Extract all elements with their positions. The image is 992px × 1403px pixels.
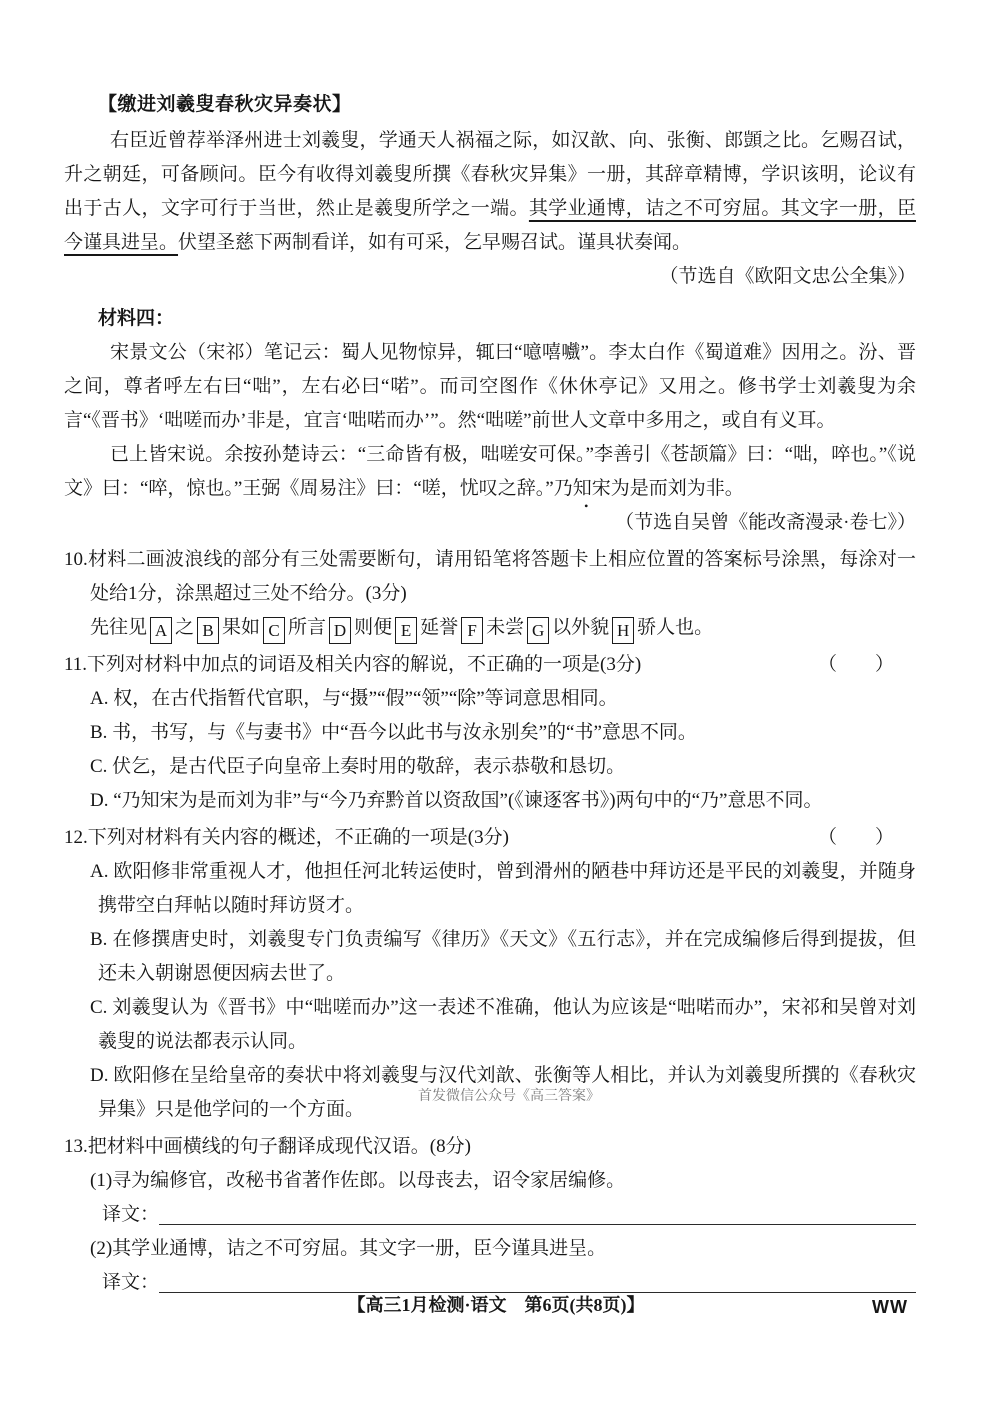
sentence-segment: 以外貌 xyxy=(552,617,609,638)
question-11-option-c: C. 伏乞，是古代臣子向皇帝上奏时用的敬辞，表示恭敬和恳切。 xyxy=(90,750,916,784)
question-11-stem: 下列对材料中加点的词语及相关内容的解说，不正确的一项是(3分) xyxy=(87,654,641,675)
question-12-number: 12. xyxy=(64,827,88,848)
sentence-segment: 延誉 xyxy=(420,617,458,638)
material4-attribution: （节选自吴曾《能改斋漫录·卷七》） xyxy=(64,506,916,540)
memorial-body-post: 伏望圣慈下两制看详，如有可采，乞早赐召试。谨具状奏闻。 xyxy=(178,232,691,253)
question-10-sentence: 先往见A之B果如C所言D则便E延誉F未尝G以外貌H骄人也。 xyxy=(90,611,916,645)
sentence-segment: 则便 xyxy=(354,617,392,638)
answer-box-g: G xyxy=(527,617,549,644)
question-12-stem: 下列对材料有关内容的概述，不正确的一项是(3分) xyxy=(88,827,509,848)
answer-box-d: D xyxy=(329,617,351,644)
answer-box-f: F xyxy=(461,617,483,644)
wechat-watermark: 首发微信公众号《高三答案》 xyxy=(418,1086,600,1104)
question-11-header: 11.下列对材料中加点的词语及相关内容的解说，不正确的一项是(3分)（ ） xyxy=(64,648,916,682)
question-11-answer-bracket: （ ） xyxy=(818,648,894,682)
question-10-stem: 材料二画波浪线的部分有三处需要断句，请用铅笔将答题卡上相应位置的答案标号涂黑，每… xyxy=(88,549,916,604)
question-10-number: 10. xyxy=(64,549,88,570)
sentence-segment: 未尝 xyxy=(486,617,524,638)
answer-box-c: C xyxy=(263,617,285,644)
question-13-item-2: (2)其学业通博，诘之不可穷屈。其文字一册，臣今谨具进呈。 xyxy=(90,1232,916,1266)
question-12: 12.下列对材料有关内容的概述，不正确的一项是(3分)（ ） A. 欧阳修非常重… xyxy=(64,821,916,1127)
question-13-number: 13. xyxy=(64,1136,88,1157)
footer-version-code: WW xyxy=(872,1290,908,1324)
question-11-option-b: B. 书，书写，与《与妻书》中“吾今以此书与汝永别矣”的“书”意思不同。 xyxy=(90,716,916,750)
sentence-segment: 所言 xyxy=(288,617,326,638)
sentence-segment: 骄人也。 xyxy=(637,617,713,638)
question-12-answer-bracket: （ ） xyxy=(818,821,894,855)
material4-label: 材料四： xyxy=(98,302,916,336)
material4-paragraph2-post: 知宋为是而刘为非。 xyxy=(573,478,744,499)
footer-page-label: 【高三1月检测·语文 第6页(共8页)】 xyxy=(0,1288,992,1322)
answer-box-h: H xyxy=(612,617,634,644)
question-13-answer-line-1: 译文： xyxy=(102,1198,916,1232)
question-13-stem: 把材料中画横线的句子翻译成现代汉语。(8分) xyxy=(88,1136,471,1157)
question-13: 13.把材料中画横线的句子翻译成现代汉语。(8分) (1)寻为编修官，改秘书省著… xyxy=(64,1130,916,1300)
question-12-header: 12.下列对材料有关内容的概述，不正确的一项是(3分)（ ） xyxy=(64,821,916,855)
answer-box-b: B xyxy=(197,617,219,644)
sentence-segment: 之 xyxy=(175,617,194,638)
question-12-option-b: B. 在修撰唐史时，刘羲叟专门负责编写《律历》《天文》《五行志》，并在完成编修后… xyxy=(90,923,916,991)
memorial-title: 【缴进刘羲叟春秋灾异奏状】 xyxy=(98,88,916,122)
material4-paragraph2: 已上皆宋说。余按孙楚诗云：“三命皆有极，咄嗟安可保。”李善引《苍颉篇》曰：“咄，… xyxy=(64,438,916,506)
sentence-segment: 果如 xyxy=(222,617,260,638)
question-11-option-d: D. “乃知宋为是而刘为非”与“今乃弃黔首以资敌国”(《谏逐客书》)两句中的“乃… xyxy=(90,784,916,818)
question-13-item-1: (1)寻为编修官，改秘书省著作佐郎。以母丧去，诏令家居编修。 xyxy=(90,1164,916,1198)
answer-box-e: E xyxy=(395,617,417,644)
question-12-option-a: A. 欧阳修非常重视人才，他担任河北转运使时，曾到滑州的陋巷中拜访还是平民的刘羲… xyxy=(90,855,916,923)
material4-dotted-char: 乃 xyxy=(554,478,573,499)
memorial-attribution: （节选自《欧阳文忠公全集》） xyxy=(64,260,916,294)
question-10-header: 10.材料二画波浪线的部分有三处需要断句，请用铅笔将答题卡上相应位置的答案标号涂… xyxy=(64,543,916,611)
sentence-segment: 先往见 xyxy=(90,617,147,638)
memorial-body: 右臣近曾荐举泽州进士刘羲叟，学通天人祸福之际，如汉歆、向、张衡、郎顗之比。乞赐召… xyxy=(64,124,916,260)
answer-blank-rule xyxy=(159,1198,916,1225)
exam-page: 【缴进刘羲叟春秋灾异奏状】 右臣近曾荐举泽州进士刘羲叟，学通天人祸福之际，如汉歆… xyxy=(0,0,992,1403)
question-11-option-a: A. 权，在古代指暂代官职，与“摄”“假”“领”“除”等词意思相同。 xyxy=(90,682,916,716)
material4-paragraph1: 宋景文公（宋祁）笔记云：蜀人见物惊异，辄曰“噫嘻嚱”。李太白作《蜀道难》因用之。… xyxy=(64,336,916,438)
translation-label: 译文： xyxy=(102,1198,159,1232)
page-footer: 【高三1月检测·语文 第6页(共8页)】 WW xyxy=(0,1288,992,1322)
question-11-number: 11. xyxy=(64,654,87,675)
question-10: 10.材料二画波浪线的部分有三处需要断句，请用铅笔将答题卡上相应位置的答案标号涂… xyxy=(64,543,916,645)
question-12-option-c: C. 刘羲叟认为《晋书》中“咄嗟而办”这一表述不准确，他认为应该是“咄喏而办”，… xyxy=(90,991,916,1059)
question-11: 11.下列对材料中加点的词语及相关内容的解说，不正确的一项是(3分)（ ） A.… xyxy=(64,648,916,818)
answer-box-a: A xyxy=(150,617,172,644)
material4-paragraph2-pre: 已上皆宋说。余按孙楚诗云：“三命皆有极，咄嗟安可保。”李善引《苍颉篇》曰：“咄，… xyxy=(64,444,916,499)
question-13-header: 13.把材料中画横线的句子翻译成现代汉语。(8分) xyxy=(64,1130,916,1164)
